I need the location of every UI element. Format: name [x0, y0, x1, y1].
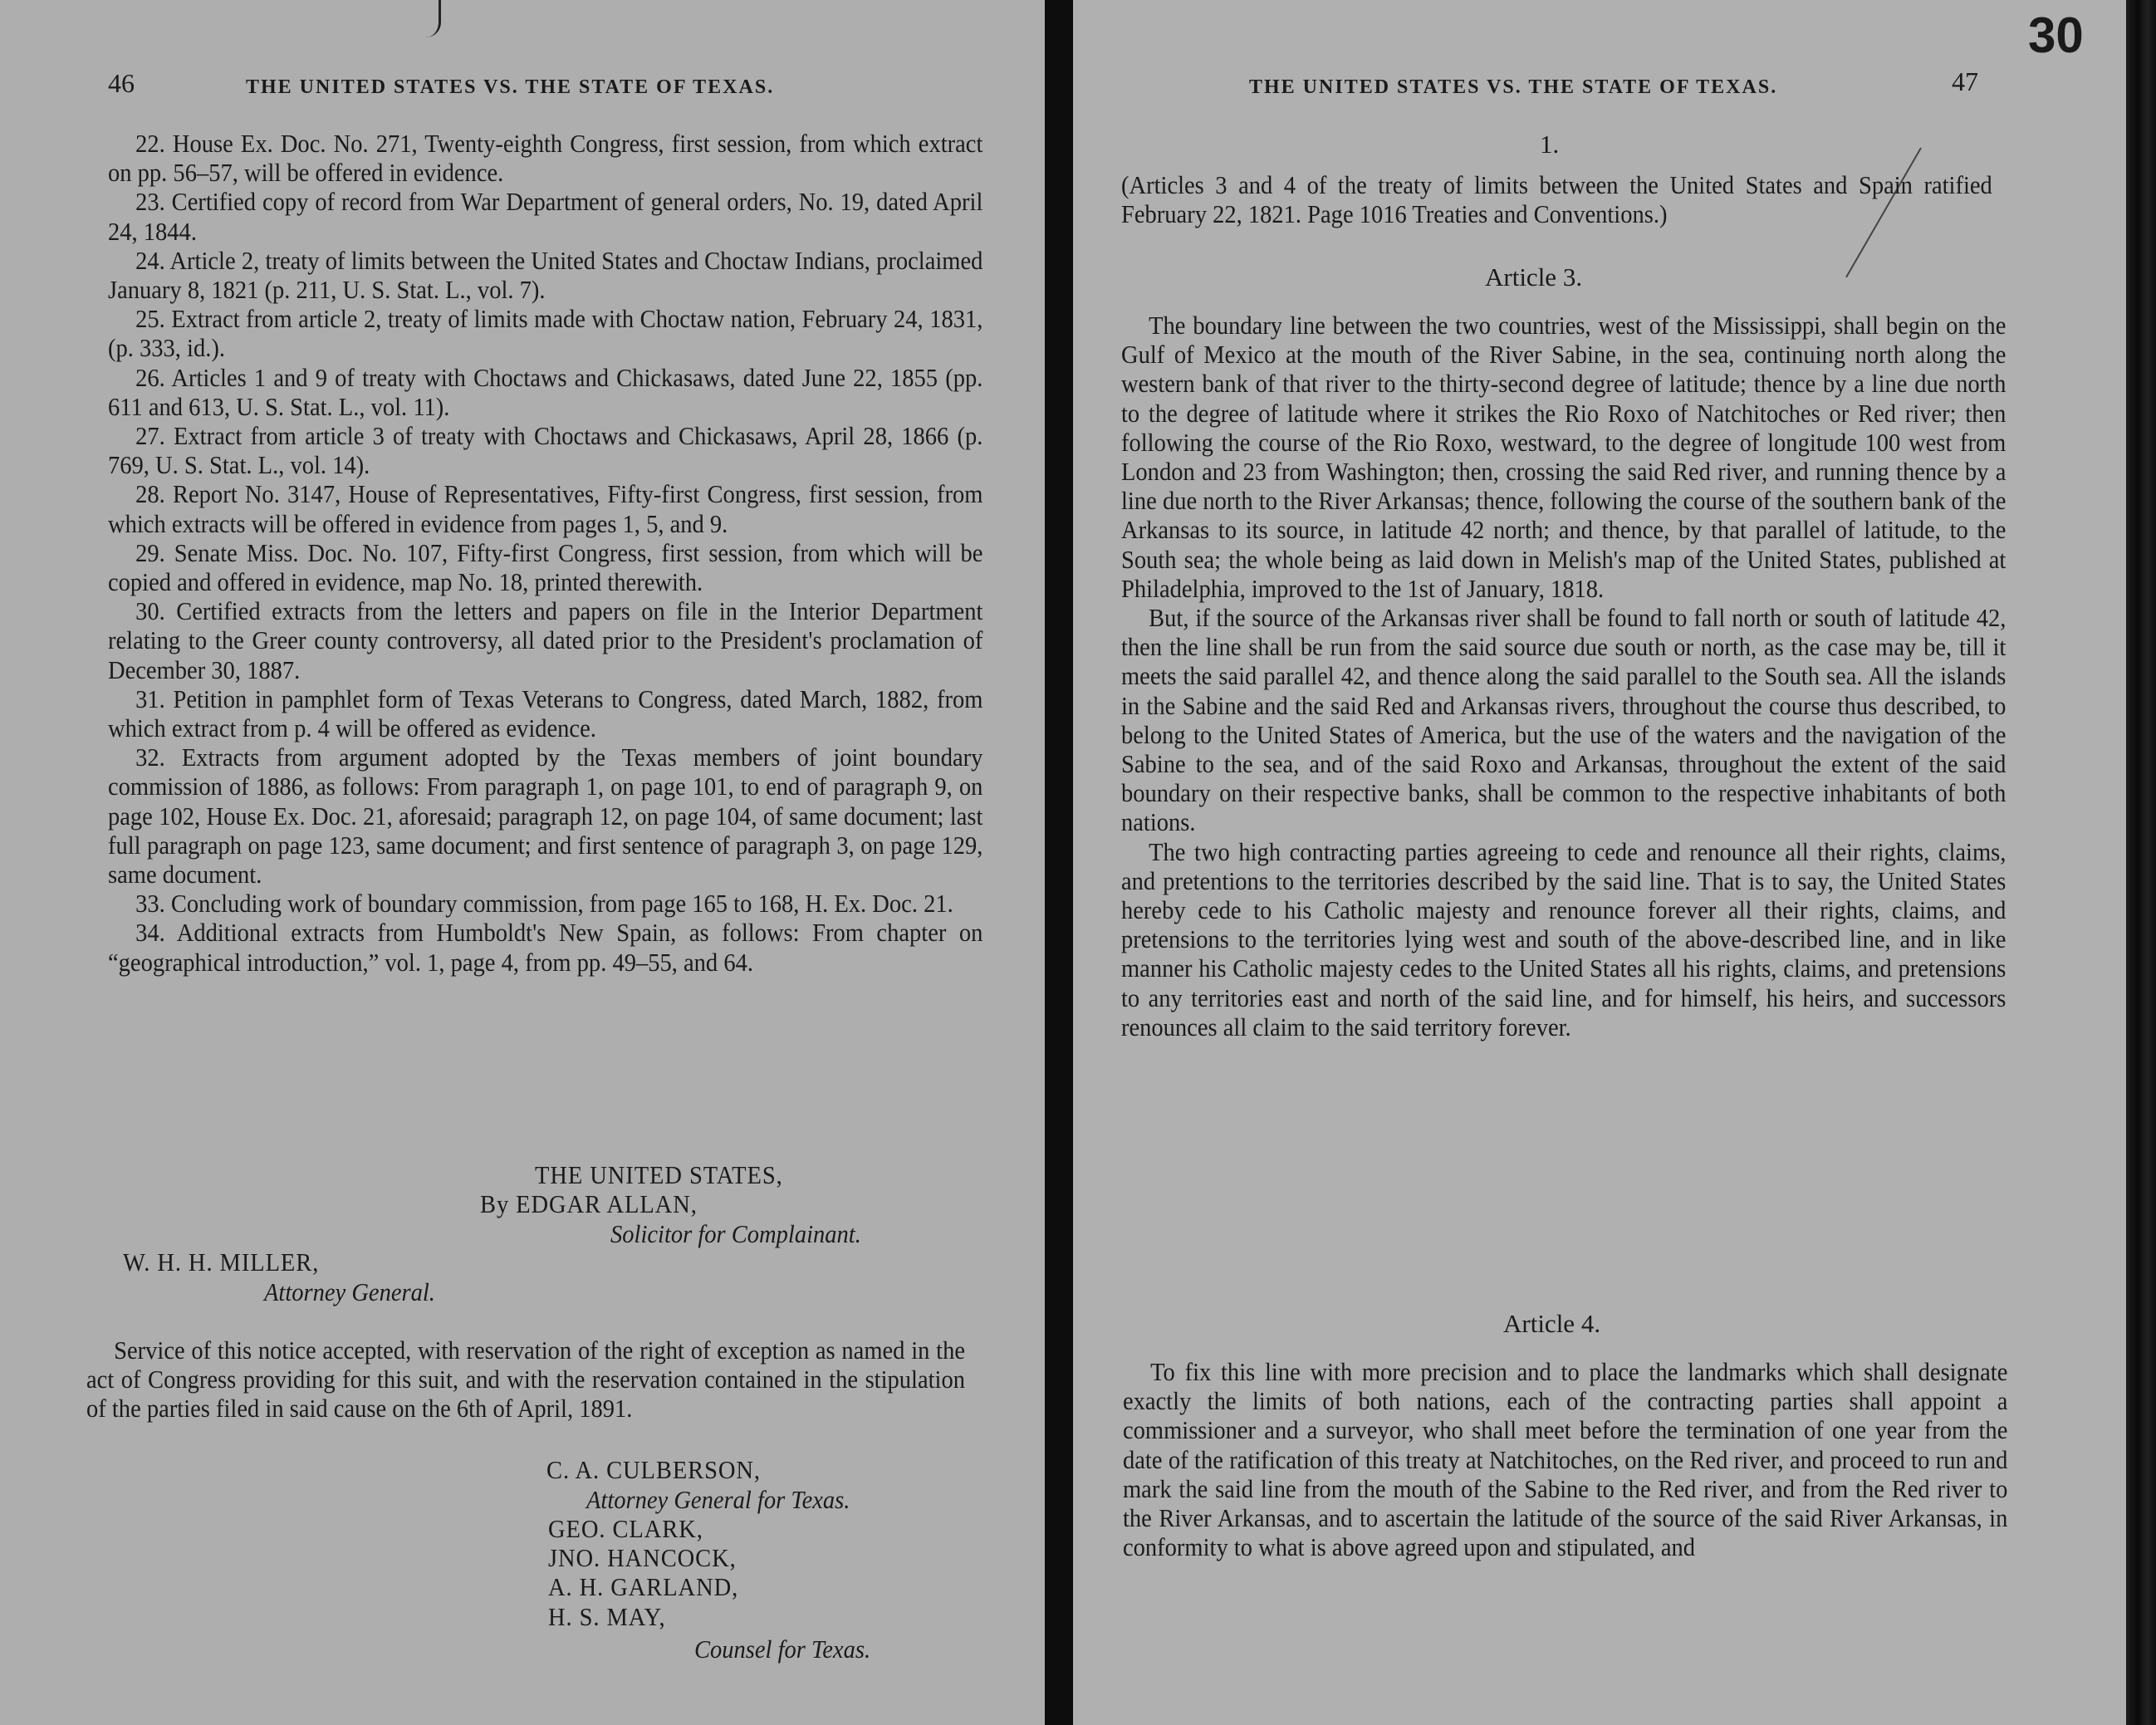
complainant-solicitor-name: By EDGAR ALLAN,: [480, 1189, 698, 1219]
complainant-party: THE UNITED STATES,: [535, 1160, 783, 1190]
stamp-number: 30: [2028, 7, 2084, 64]
texas-ag-title: Attorney General for Texas.: [586, 1485, 850, 1515]
right-page: 30 THE UNITED STATES VS. THE STATE OF TE…: [1073, 0, 2126, 1725]
pen-mark: [422, 0, 441, 37]
evidence-item-31: 31. Petition in pamphlet form of Texas V…: [108, 684, 982, 742]
counsel-name-may: H. S. MAY,: [548, 1602, 666, 1632]
article-4-heading: Article 4.: [1503, 1309, 1600, 1339]
counsel-name-clark: GEO. CLARK,: [548, 1514, 703, 1544]
right-page-number: 47: [1952, 66, 1978, 97]
evidence-item-34: 34. Additional extracts from Humboldt's …: [108, 918, 982, 976]
article-4-paragraph-1: To fix this line with more precision and…: [1123, 1357, 2007, 1561]
evidence-item-26: 26. Articles 1 and 9 of treaty with Choc…: [108, 363, 982, 421]
book-gutter: [1045, 0, 1073, 1725]
counsel-name-hancock: JNO. HANCOCK,: [548, 1543, 737, 1573]
attorney-general-name: W. H. H. MILLER,: [123, 1247, 319, 1277]
left-page-number: 46: [108, 68, 135, 99]
article-3-heading: Article 3.: [1485, 262, 1582, 292]
evidence-item-27: 27. Extract from article 3 of treaty wit…: [108, 421, 982, 479]
article-3-paragraph-1: The boundary line between the two countr…: [1121, 311, 2006, 603]
attorney-general-title: Attorney General.: [264, 1277, 435, 1307]
section-number: 1.: [1540, 130, 1559, 159]
evidence-list: 22. House Ex. Doc. No. 271, Twenty-eight…: [108, 129, 982, 977]
article-3-paragraph-2: But, if the source of the Arkansas river…: [1121, 603, 2006, 837]
evidence-item-33: 33. Concluding work of boundary commissi…: [108, 889, 982, 918]
right-running-head: THE UNITED STATES VS. THE STATE OF TEXAS…: [1249, 76, 1777, 99]
counsel-title: Counsel for Texas.: [694, 1634, 870, 1664]
left-running-head: THE UNITED STATES VS. THE STATE OF TEXAS…: [246, 76, 774, 99]
left-page: 46 THE UNITED STATES VS. THE STATE OF TE…: [0, 0, 1045, 1725]
evidence-item-22: 22. House Ex. Doc. No. 271, Twenty-eight…: [108, 129, 982, 187]
evidence-item-24: 24. Article 2, treaty of limits between …: [108, 246, 982, 304]
service-notice: Service of this notice accepted, with re…: [86, 1335, 965, 1424]
article-4-body: To fix this line with more precision and…: [1123, 1357, 2007, 1561]
counsel-name-garland: A. H. GARLAND,: [548, 1572, 738, 1602]
evidence-item-23: 23. Certified copy of record from War De…: [108, 187, 982, 245]
intro-note-text: (Articles 3 and 4 of the treaty of limit…: [1121, 170, 1992, 228]
intro-note: (Articles 3 and 4 of the treaty of limit…: [1121, 170, 1992, 228]
book-right-edge: [2126, 0, 2156, 1725]
article-3-paragraph-3: The two high contracting parties agreein…: [1121, 837, 2006, 1041]
article-3-body: The boundary line between the two countr…: [1121, 311, 2006, 1041]
evidence-item-30: 30. Certified extracts from the letters …: [108, 596, 982, 684]
complainant-solicitor-title: Solicitor for Complainant.: [610, 1219, 861, 1249]
service-notice-text: Service of this notice accepted, with re…: [86, 1335, 965, 1424]
evidence-item-29: 29. Senate Miss. Doc. No. 107, Fifty-fir…: [108, 538, 982, 596]
evidence-item-32: 32. Extracts from argument adopted by th…: [108, 742, 982, 889]
evidence-item-25: 25. Extract from article 2, treaty of li…: [108, 304, 982, 362]
evidence-item-28: 28. Report No. 3147, House of Representa…: [108, 479, 982, 537]
texas-ag-name: C. A. CULBERSON,: [546, 1455, 761, 1485]
